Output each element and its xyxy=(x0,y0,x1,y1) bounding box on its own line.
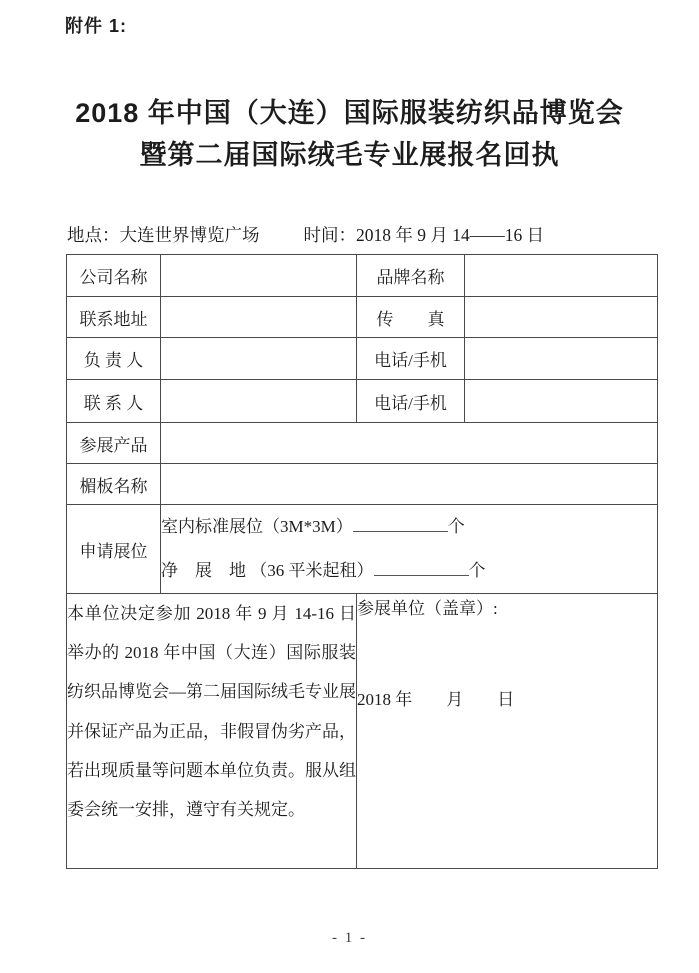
page-number: - 1 - xyxy=(0,930,699,947)
raw-space-unit: 个 xyxy=(469,561,486,580)
time-text: 时间：2018 年 9 月 14——16 日 xyxy=(304,222,545,247)
phone-mobile-input-2 xyxy=(465,380,658,423)
raw-space-quantity-blank xyxy=(374,558,469,576)
table-row: 本单位决定参加 2018 年 9 月 14-16 日举办的 2018 年中国（大… xyxy=(67,594,658,869)
fascia-name-input xyxy=(161,464,658,505)
brand-name-label: 品牌名称 xyxy=(357,255,465,297)
declaration-text: 本单位决定参加 2018 年 9 月 14-16 日举办的 2018 年中国（大… xyxy=(67,594,357,869)
table-row: 参展产品 xyxy=(67,423,658,464)
booth-application-label: 申请展位 xyxy=(67,505,161,594)
phone-mobile-label-2: 电话/手机 xyxy=(357,380,465,423)
brand-name-input xyxy=(465,255,658,297)
stamp-area: 参展单位（盖章）: 2018 年 月 日 xyxy=(357,594,658,869)
fax-label: 传 真 xyxy=(357,297,465,338)
booth-application-options: 室内标准展位（3M*3M）个 净 展 地 （36 平米起租）个 xyxy=(161,505,658,594)
standard-booth-line: 室内标准展位（3M*3M）个 xyxy=(161,505,657,549)
document-page: 附件 1: 2018 年中国（大连）国际服装纺织品博览会 暨第二届国际绒毛专业展… xyxy=(0,0,699,973)
contact-address-label: 联系地址 xyxy=(67,297,161,338)
venue-time-row: 地点：大连世界博览广场 时间：2018 年 9 月 14——16 日 xyxy=(67,222,544,247)
company-name-input xyxy=(161,255,357,297)
fax-input xyxy=(465,297,658,338)
attachment-label: 附件 1: xyxy=(65,12,127,38)
standard-booth-unit: 个 xyxy=(448,517,465,536)
table-row: 公司名称 品牌名称 xyxy=(67,255,658,297)
document-title-line2: 暨第二届国际绒毛专业展报名回执 xyxy=(0,134,699,176)
standard-booth-quantity-blank xyxy=(353,514,448,532)
standard-booth-text: 室内标准展位（3M*3M） xyxy=(161,517,353,536)
table-row: 联系地址 传 真 xyxy=(67,297,658,338)
table-row: 联 系 人 电话/手机 xyxy=(67,380,658,423)
exhibit-products-input xyxy=(161,423,658,464)
table-row: 申请展位 室内标准展位（3M*3M）个 净 展 地 （36 平米起租）个 xyxy=(67,505,658,594)
stamp-label: 参展单位（盖章）: xyxy=(357,594,657,619)
venue-text: 地点：大连世界博览广场 xyxy=(67,222,260,247)
table-row: 楣板名称 xyxy=(67,464,658,505)
phone-mobile-label-1: 电话/手机 xyxy=(357,338,465,380)
contact-address-input xyxy=(161,297,357,338)
signature-date-line: 2018 年 月 日 xyxy=(357,685,657,710)
exhibit-products-label: 参展产品 xyxy=(67,423,161,464)
person-in-charge-input xyxy=(161,338,357,380)
document-title-line1: 2018 年中国（大连）国际服装纺织品博览会 xyxy=(0,92,699,134)
table-row: 负 责 人 电话/手机 xyxy=(67,338,658,380)
phone-mobile-input-1 xyxy=(465,338,658,380)
fascia-name-label: 楣板名称 xyxy=(67,464,161,505)
document-title: 2018 年中国（大连）国际服装纺织品博览会 暨第二届国际绒毛专业展报名回执 xyxy=(0,92,699,176)
company-name-label: 公司名称 xyxy=(67,255,161,297)
raw-space-text: 净 展 地 （36 平米起租） xyxy=(161,561,374,580)
raw-space-line: 净 展 地 （36 平米起租）个 xyxy=(161,549,657,593)
person-in-charge-label: 负 责 人 xyxy=(67,338,161,380)
contact-person-input xyxy=(161,380,357,423)
registration-form-table: 公司名称 品牌名称 联系地址 传 真 负 责 人 电话/手机 联 系 人 电 xyxy=(66,254,658,869)
contact-person-label: 联 系 人 xyxy=(67,380,161,423)
